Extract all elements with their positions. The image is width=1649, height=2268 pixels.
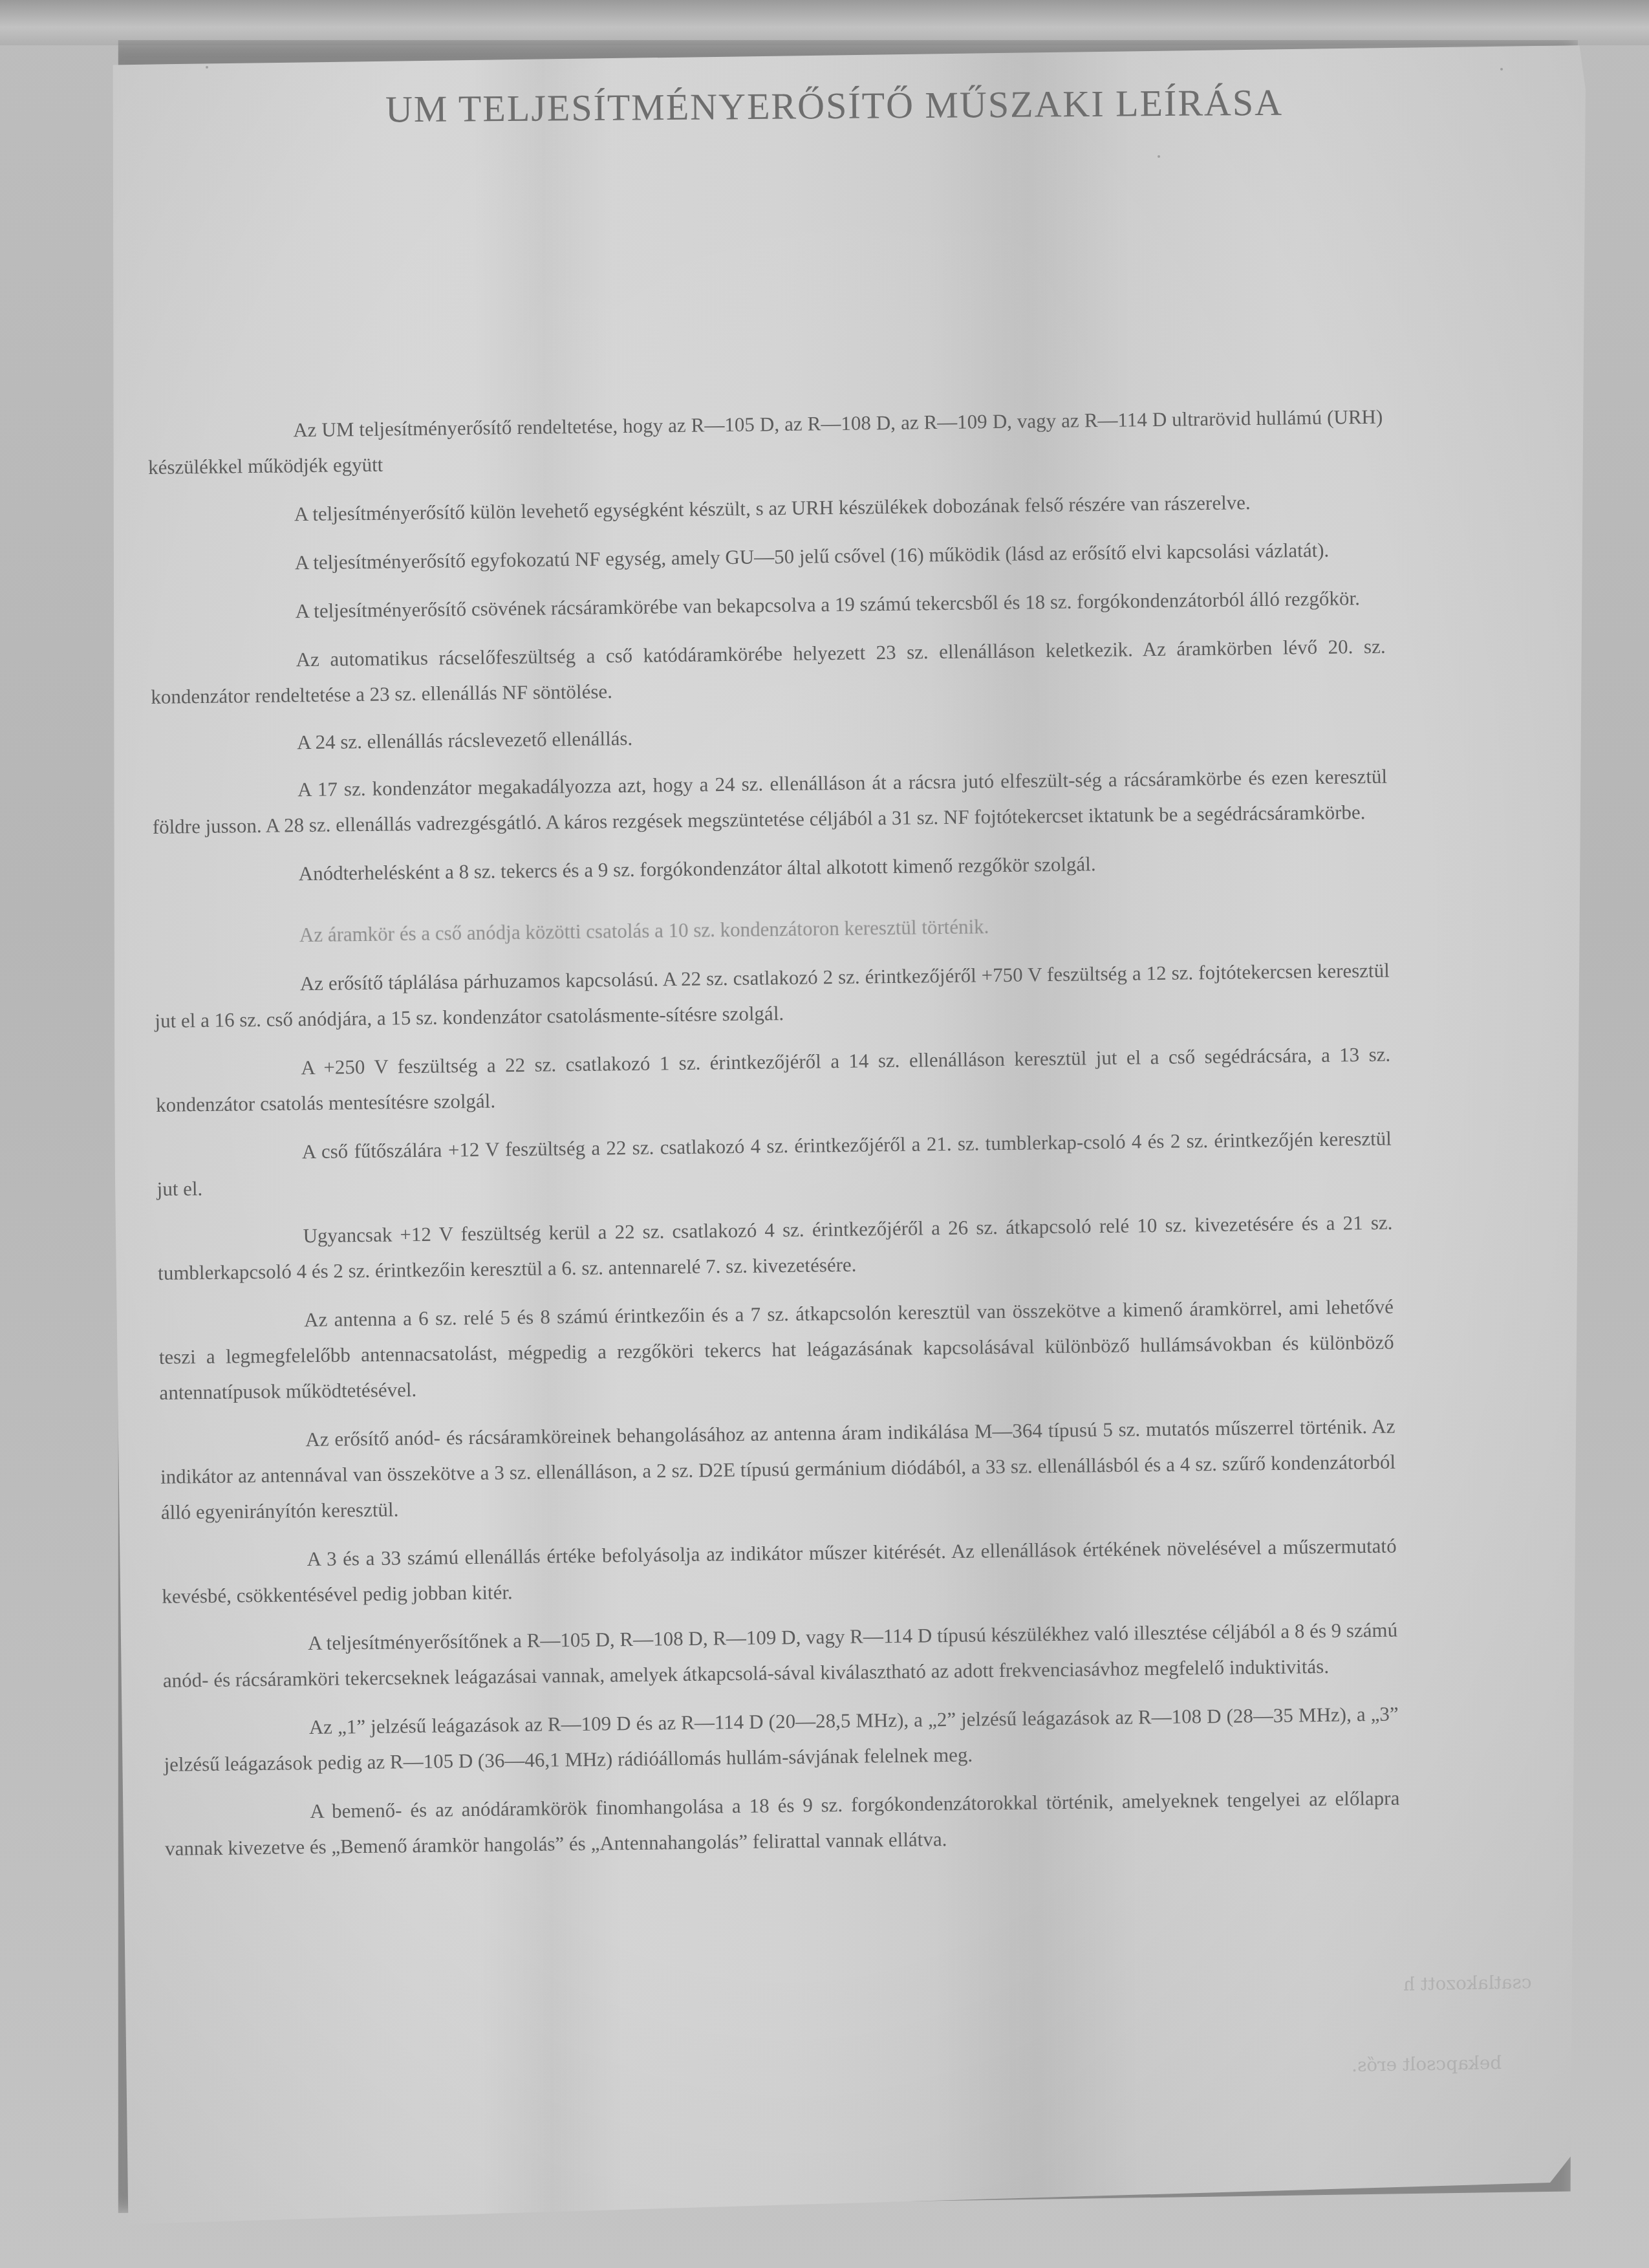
paper-speck [206, 66, 208, 69]
paragraph-capacitor-17: A 17 sz. kondenzátor megakadályozza azt,… [152, 759, 1388, 845]
paragraph-bands: Az „1” jelzésű leágazások az R—109 D és … [164, 1696, 1399, 1782]
paragraph-resistors: A 3 és a 33 számú ellenállás értéke befo… [161, 1528, 1397, 1614]
paragraph-grid-circuit: A teljesítményerősítő csövének rácsáramk… [149, 580, 1385, 631]
document-title: UM TELJESÍTMÉNYERŐSÍTŐ MŰSZAKI LEÍRÁSA [252, 80, 1416, 132]
paragraph-power-supply: Az erősítő táplálása párhuzamos kapcsolá… [154, 953, 1390, 1039]
paragraph-heater: A cső fűtőszálára +12 V feszültség a 22 … [156, 1121, 1392, 1207]
show-through-text: csatlakozott h [1403, 1971, 1532, 1994]
paragraph-screen-grid: A +250 V feszültség a 22 sz. csatlakozó … [155, 1037, 1391, 1123]
paragraph-anode-load: Anódterhelésként a 8 sz. tekercs és a 9 … [153, 843, 1388, 893]
paragraph-grid-leak: A 24 sz. ellenállás rácslevezető ellenál… [151, 711, 1387, 762]
paragraph-mounting: A teljesítményerősítő külön levehető egy… [149, 483, 1385, 534]
scanner-edge [0, 0, 1649, 45]
paragraph-antenna: Az antenna a 6 sz. relé 5 és 8 számú éri… [158, 1289, 1395, 1410]
paragraph-stage: A teljesítményerősítő egyfokozatú NF egy… [149, 532, 1385, 582]
paragraph-purpose: Az UM teljesítményerősítő rendeltetése, … [147, 399, 1383, 485]
paragraph-taps: A teljesítményerősítőnek a R—105 D, R—10… [162, 1612, 1398, 1698]
paragraph-coupling: Az áramkör és a cső anódja közötti csato… [154, 904, 1390, 955]
paragraph-indicator: Az erősítő anód- és rácsáramköreinek beh… [160, 1409, 1396, 1530]
paper-speck [1158, 155, 1160, 158]
document-body: Az UM teljesítményerősítő rendeltetése, … [147, 399, 1401, 1879]
paper-speck [1500, 68, 1503, 70]
paragraph-bias: Az automatikus rácselőfeszültség a cső k… [150, 629, 1386, 715]
show-through-text: bekapcsolt erős. [1352, 2052, 1502, 2076]
paragraph-tuning: A bemenő- és az anódáramkörök finomhango… [164, 1780, 1400, 1866]
paragraph-relay: Ugyancsak +12 V feszültség kerül a 22 sz… [157, 1205, 1393, 1291]
